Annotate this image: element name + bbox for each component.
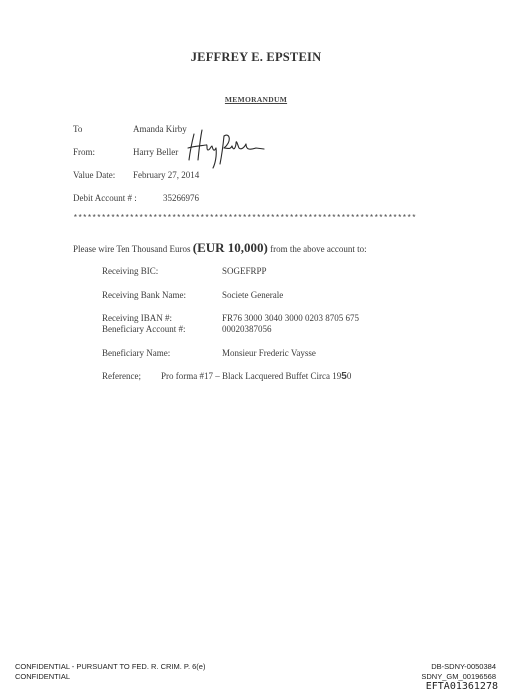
debit-account-number: 35266976 bbox=[163, 193, 199, 203]
value-date: February 27, 2014 bbox=[133, 170, 199, 180]
memo-heading: MEMORANDUM bbox=[0, 95, 512, 104]
beneficiary-name-label: Beneficiary Name: bbox=[102, 348, 170, 358]
beneficiary-account-label: Beneficiary Account #: bbox=[102, 324, 185, 334]
letterhead-title: JEFFREY E. EPSTEIN bbox=[0, 50, 512, 65]
instruction-suffix: from the above account to: bbox=[270, 244, 366, 254]
iban-value: FR76 3000 3040 3000 0203 8705 675 bbox=[222, 313, 359, 323]
signature-icon bbox=[186, 128, 271, 170]
wire-instruction: Please wire Ten Thousand Euros (EUR 10,0… bbox=[73, 240, 367, 256]
confidential-notice: CONFIDENTIAL - PURSUANT TO FED. R. CRIM.… bbox=[15, 662, 205, 671]
bates-number-sdny: SDNY_GM_00196568 bbox=[421, 672, 496, 681]
iban-label: Receiving IBAN #: bbox=[102, 313, 172, 323]
efta-number: EFTA01361278 bbox=[426, 681, 498, 692]
instruction-prefix: Please wire Ten Thousand Euros bbox=[73, 244, 191, 254]
value-date-label: Value Date: bbox=[73, 170, 115, 180]
bic-label: Receiving BIC: bbox=[102, 266, 158, 276]
debit-account-label: Debit Account # : bbox=[73, 193, 137, 203]
wire-amount: (EUR 10,000) bbox=[193, 240, 268, 255]
separator-line: ****************************************… bbox=[73, 214, 416, 223]
bates-number-db: DB-SDNY-0050384 bbox=[431, 662, 496, 671]
bank-name-value: Societe Generale bbox=[222, 290, 283, 300]
reference-tail: 0 bbox=[347, 371, 352, 381]
bic-value: SOGEFRPP bbox=[222, 266, 267, 276]
beneficiary-name-value: Monsieur Frederic Vaysse bbox=[222, 348, 316, 358]
confidential-label: CONFIDENTIAL bbox=[15, 672, 70, 681]
reference-text: Pro forma #17 – Black Lacquered Buffet C… bbox=[161, 371, 341, 381]
bank-name-label: Receiving Bank Name: bbox=[102, 290, 186, 300]
to-value: Amanda Kirby bbox=[133, 124, 187, 134]
beneficiary-account-value: 00020387056 bbox=[222, 324, 272, 334]
from-label: From: bbox=[73, 147, 95, 157]
to-label: To bbox=[73, 124, 82, 134]
reference-value: Pro forma #17 – Black Lacquered Buffet C… bbox=[161, 371, 351, 382]
reference-label: Reference; bbox=[102, 371, 141, 381]
from-value: Harry Beller bbox=[133, 147, 178, 157]
